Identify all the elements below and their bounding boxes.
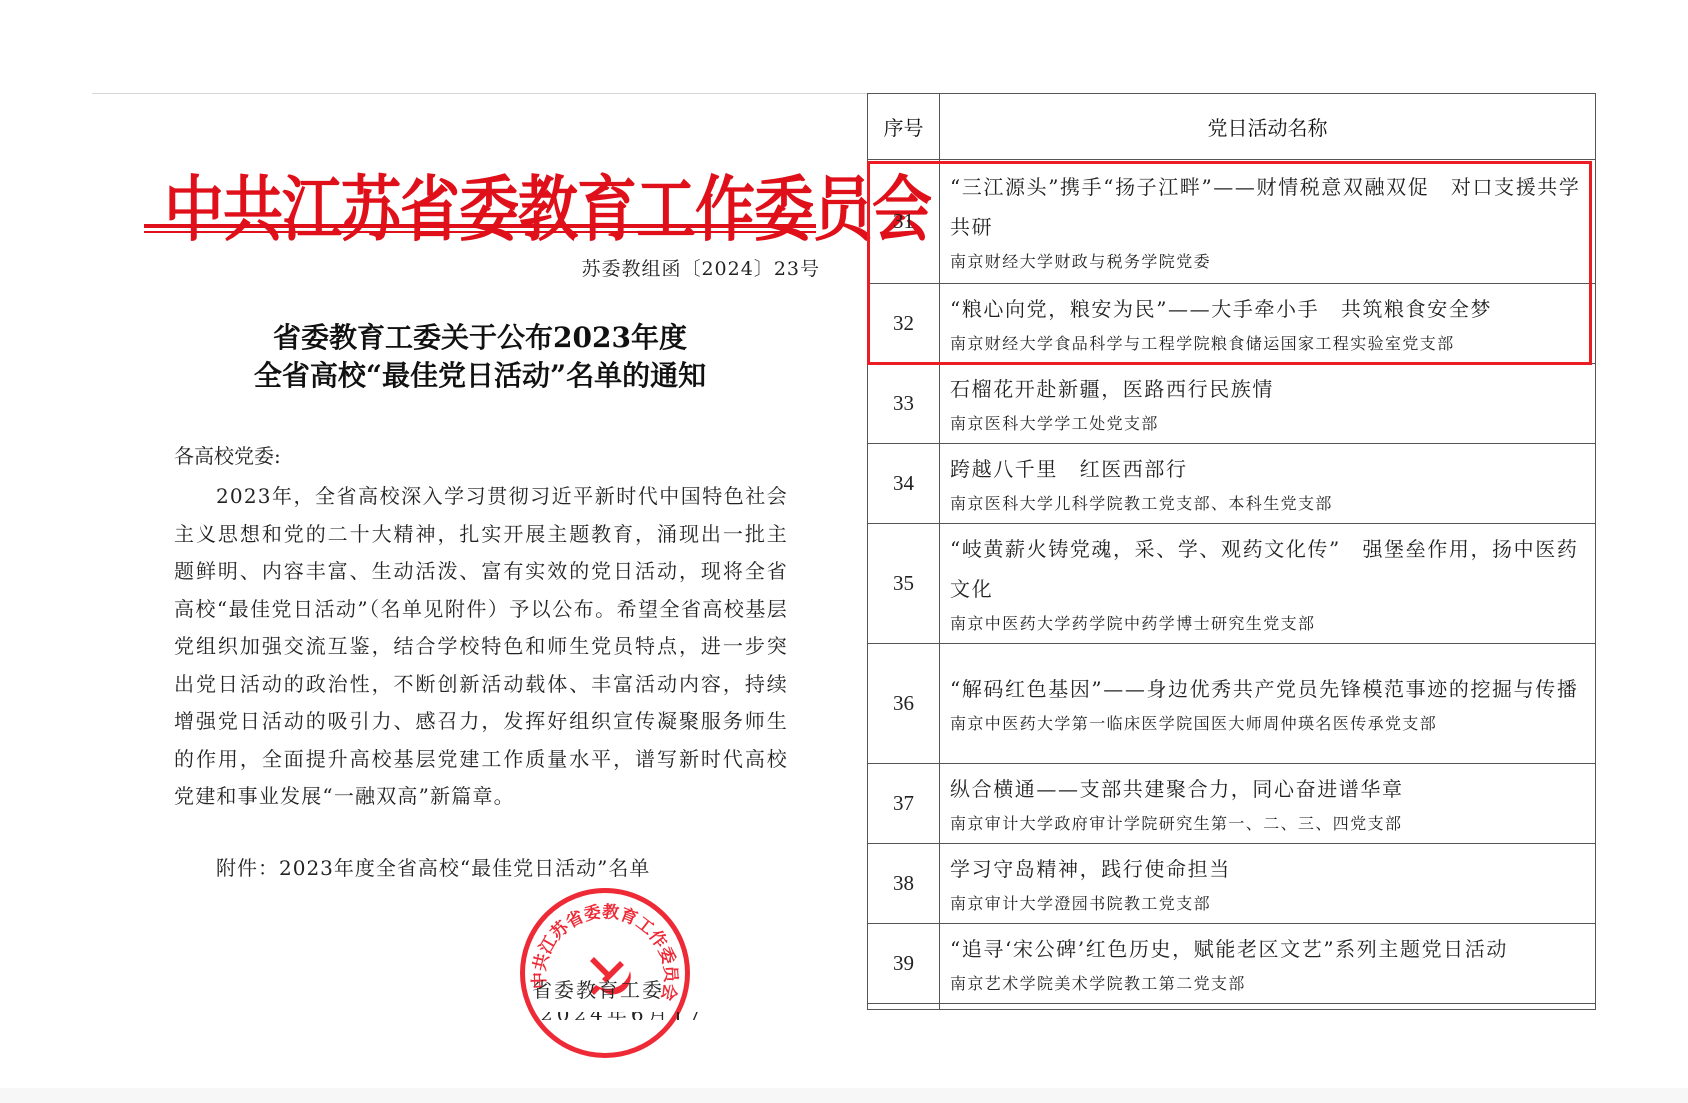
document-number: 苏委教组函〔2024〕23号 [581, 254, 820, 281]
table-row: 39 “追寻‘宋公碑’红色历史，赋能老区文艺”系列主题党日活动 南京艺术学院美术… [868, 924, 1596, 1004]
notice-page: 中共江苏省委教育工作委员会 苏委教组函〔2024〕23号 省委教育工委关于公布2… [92, 94, 868, 1103]
row-number: 36 [868, 644, 940, 764]
activity-name: “三江源头”携手“扬子江畔”——财情税意双融双促 对口支援共学共研 [950, 167, 1587, 247]
row-number: 34 [868, 444, 940, 524]
notice-title-line1: 省委教育工委关于公布2023年度 [92, 319, 868, 357]
table-row: 37 纵合横通——支部共建聚合力，同心奋进谱华章 南京审计大学政府审计学院研究生… [868, 764, 1596, 844]
activity-name: 学习守岛精神，践行使命担当 [950, 849, 1587, 889]
activity-name: “粮心向党，粮安为民”——大手牵小手 共筑粮食安全梦 [950, 289, 1587, 329]
row-number: 35 [868, 524, 940, 644]
column-header-activity: 党日活动名称 [940, 94, 1596, 160]
organization-name: 南京中医药大学第一临床医学院国医大师周仲瑛名医传承党支部 [950, 709, 1587, 739]
table-row: 36 “解码红色基因”——身边优秀共产党员先锋模范事迹的挖掘与传播 南京中医药大… [868, 644, 1596, 764]
table-row: 35 “岐黄薪火铸党魂，采、学、观药文化传” 强堡垒作用，扬中医药文化 南京中医… [868, 524, 1596, 644]
activity-name: 石榴花开赴新疆，医路西行民族情 [950, 369, 1587, 409]
row-content: 石榴花开赴新疆，医路西行民族情 南京医科大学学工处党支部 [940, 364, 1596, 444]
official-seal: 中共江苏省委教育工作委员会 [520, 888, 690, 1058]
row-content: “粮心向党，粮安为民”——大手牵小手 共筑粮食安全梦 南京财经大学食品科学与工程… [940, 284, 1596, 364]
row-number: 31 [868, 160, 940, 284]
organization-name: 南京医科大学儿科学院教工党支部、本科生党支部 [950, 489, 1587, 519]
row-number: 33 [868, 364, 940, 444]
organization-name: 南京财经大学财政与税务学院党委 [950, 247, 1587, 277]
masthead-red-rule-thin [144, 231, 816, 233]
row-content: 纵合横通——支部共建聚合力，同心奋进谱华章 南京审计大学政府审计学院研究生第一、… [940, 764, 1596, 844]
activity-name: 跨越八千里 红医西部行 [950, 449, 1587, 489]
activity-name: “岐黄薪火铸党魂，采、学、观药文化传” 强堡垒作用，扬中医药文化 [950, 529, 1587, 609]
row-content: “三江源头”携手“扬子江畔”——财情税意双融双促 对口支援共学共研 南京财经大学… [940, 160, 1596, 284]
row-content: “解码红色基因”——身边优秀共产党员先锋模范事迹的挖掘与传播 南京中医药大学第一… [940, 644, 1596, 764]
organization-name: 南京审计大学政府审计学院研究生第一、二、三、四党支部 [950, 809, 1587, 839]
activity-name: “追寻‘宋公碑’红色历史，赋能老区文艺”系列主题党日活动 [950, 929, 1587, 969]
row-content: “岐黄薪火铸党魂，采、学、观药文化传” 强堡垒作用，扬中医药文化 南京中医药大学… [940, 524, 1596, 644]
masthead-red-rule [144, 224, 816, 228]
activity-name: 纵合横通——支部共建聚合力，同心奋进谱华章 [950, 769, 1587, 809]
table-row: 33 石榴花开赴新疆，医路西行民族情 南京医科大学学工处党支部 [868, 364, 1596, 444]
row-number: 38 [868, 844, 940, 924]
masthead-title: 中共江苏省委教育工作委员会 [164, 154, 844, 255]
organization-name: 南京医科大学学工处党支部 [950, 409, 1587, 439]
row-content: 学习守岛精神，践行使命担当 南京审计大学澄园书院教工党支部 [940, 844, 1596, 924]
row-number: 32 [868, 284, 940, 364]
issue-date-cropped: 2024年6月17日 [540, 1012, 720, 1020]
notice-title-line2: 全省高校“最佳党日活动”名单的通知 [92, 357, 868, 395]
activity-name: “解码红色基因”——身边优秀共产党员先锋模范事迹的挖掘与传播 [950, 669, 1587, 709]
issuer-signature: 省委教育工委 [532, 974, 664, 1003]
organization-name: 南京中医药大学药学院中药学博士研究生党支部 [950, 609, 1587, 639]
row-number: 37 [868, 764, 940, 844]
table-row: 31 “三江源头”携手“扬子江畔”——财情税意双融双促 对口支援共学共研 南京财… [868, 160, 1596, 284]
table-row: 34 跨越八千里 红医西部行 南京医科大学儿科学院教工党支部、本科生党支部 [868, 444, 1596, 524]
row-number: 39 [868, 924, 940, 1004]
column-header-index: 序号 [868, 94, 940, 160]
activity-list-table: 序号 党日活动名称 31 “三江源头”携手“扬子江畔”——财情税意双融双促 对口… [867, 93, 1595, 1010]
table-row-cropped [868, 1004, 1596, 1010]
row-content: 跨越八千里 红医西部行 南京医科大学儿科学院教工党支部、本科生党支部 [940, 444, 1596, 524]
organization-name: 南京艺术学院美术学院教工第二党支部 [950, 969, 1587, 999]
notice-body: 2023年，全省高校深入学习贯彻习近平新时代中国特色社会主义思想和党的二十大精神… [174, 478, 788, 816]
table-header-row: 序号 党日活动名称 [868, 94, 1596, 160]
page-bottom-edge [0, 1088, 1688, 1103]
table-row: 32 “粮心向党，粮安为民”——大手牵小手 共筑粮食安全梦 南京财经大学食品科学… [868, 284, 1596, 364]
attachment-line: 附件：2023年度全省高校“最佳党日活动”名单 [216, 852, 650, 881]
notice-title: 省委教育工委关于公布2023年度 全省高校“最佳党日活动”名单的通知 [92, 319, 868, 395]
organization-name: 南京财经大学食品科学与工程学院粮食储运国家工程实验室党支部 [950, 329, 1587, 359]
salutation: 各高校党委: [174, 440, 281, 469]
organization-name: 南京审计大学澄园书院教工党支部 [950, 889, 1587, 919]
table-row: 38 学习守岛精神，践行使命担当 南京审计大学澄园书院教工党支部 [868, 844, 1596, 924]
row-content: “追寻‘宋公碑’红色历史，赋能老区文艺”系列主题党日活动 南京艺术学院美术学院教… [940, 924, 1596, 1004]
